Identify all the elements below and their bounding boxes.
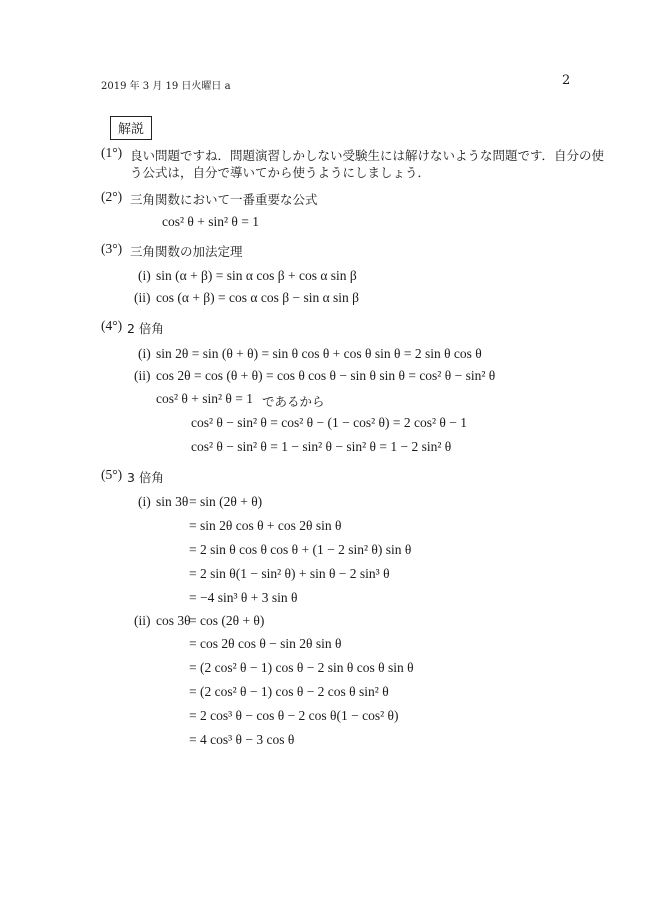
page-number: 2 xyxy=(562,73,570,88)
item-4-sub-2-formula: cos 2θ = cos (θ + θ) = cos θ cos θ − sin… xyxy=(156,368,495,384)
item-4-derivation-1: cos² θ − sin² θ = cos² θ − (1 − cos² θ) … xyxy=(191,415,467,431)
item-5-label: (5°) xyxy=(101,467,122,483)
item-3-text: 三角関数の加法定理 xyxy=(130,242,243,260)
item-3-label: (3°) xyxy=(101,241,122,257)
item-5-sub-1-step-2: = sin 2θ cos θ + cos 2θ sin θ xyxy=(189,518,341,534)
item-5-sub-2-step-3: = (2 cos² θ − 1) cos θ − 2 sin θ cos θ s… xyxy=(189,660,414,676)
item-2-label: (2°) xyxy=(101,189,122,205)
item-1-text-line1: 良い問題ですね．問題演習しかしない受験生には解けないような問題です．自分の使 xyxy=(130,146,604,164)
item-3-sub-1-label: (i) xyxy=(138,268,151,284)
item-5-sub-2-step-6: = 4 cos³ θ − 3 cos θ xyxy=(189,732,294,748)
header-date: 2019 年 3 月 19 日火曜日 a xyxy=(101,77,231,92)
item-4-label: (4°) xyxy=(101,318,122,334)
item-2-text: 三角関数において一番重要な公式 xyxy=(130,190,318,208)
item-1-text-line2: う公式は，自分で導いてから使うようにしましょう． xyxy=(130,163,430,181)
item-5-sub-1-step-4: = 2 sin θ(1 − sin² θ) + sin θ − 2 sin³ θ xyxy=(189,566,390,582)
item-5-sub-2-label: (ii) xyxy=(134,613,151,629)
item-4-sub-1-formula: sin 2θ = sin (θ + θ) = sin θ cos θ + cos… xyxy=(156,346,482,362)
item-4-text: 2 倍角 xyxy=(127,319,164,337)
item-5-text: 3 倍角 xyxy=(127,468,164,486)
item-5-sub-2-step-2: = cos 2θ cos θ − sin 2θ sin θ xyxy=(189,636,341,652)
item-5-sub-2-step-4: = (2 cos² θ − 1) cos θ − 2 cos θ sin² θ xyxy=(189,684,389,700)
item-1-label: (1°) xyxy=(101,145,122,161)
item-4-note-formula: cos² θ + sin² θ = 1 xyxy=(156,391,253,407)
item-5-sub-2-lhs: cos 3θ xyxy=(156,613,191,629)
item-3-sub-2-formula: cos (α + β) = cos α cos β − sin α sin β xyxy=(156,290,359,306)
item-5-sub-1-step-5: = −4 sin³ θ + 3 sin θ xyxy=(189,590,297,606)
item-5-sub-2-step-5: = 2 cos³ θ − cos θ − 2 cos θ(1 − cos² θ) xyxy=(189,708,399,724)
section-title-box: 解説 xyxy=(110,116,152,140)
item-4-sub-1-label: (i) xyxy=(138,346,151,362)
item-4-derivation-2: cos² θ − sin² θ = 1 − sin² θ − sin² θ = … xyxy=(191,439,451,455)
item-5-sub-2-step-1: = cos (2θ + θ) xyxy=(189,613,264,629)
item-4-note-text: であるから xyxy=(262,392,325,410)
item-3-sub-1-formula: sin (α + β) = sin α cos β + cos α sin β xyxy=(156,268,357,284)
item-4-sub-2-label: (ii) xyxy=(134,368,151,384)
item-2-formula: cos² θ + sin² θ = 1 xyxy=(162,214,259,230)
item-5-sub-1-step-3: = 2 sin θ cos θ cos θ + (1 − 2 sin² θ) s… xyxy=(189,542,411,558)
item-5-sub-1-step-1: = sin (2θ + θ) xyxy=(189,494,262,510)
item-5-sub-1-label: (i) xyxy=(138,494,151,510)
item-5-sub-1-lhs: sin 3θ xyxy=(156,494,188,510)
item-3-sub-2-label: (ii) xyxy=(134,290,151,306)
